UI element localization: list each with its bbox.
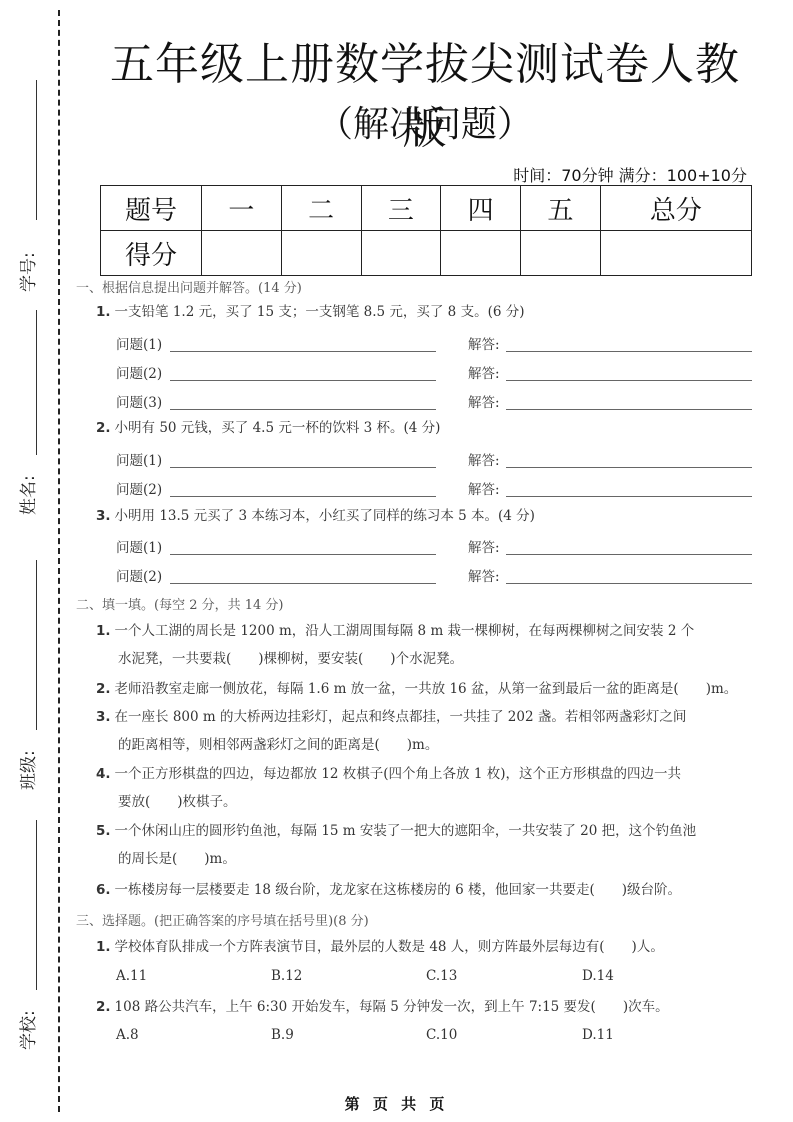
class-blank[interactable] <box>36 560 37 730</box>
option-b[interactable]: B.12 <box>271 968 302 984</box>
answer-row: 问题(2) 解答: <box>116 476 756 500</box>
question-text: 一个休闲山庄的圆形钓鱼池，每隔 15 m 安装了一把大的遮阳伞，一共安装了 20… <box>115 823 697 839</box>
question-number: 2. <box>96 420 111 436</box>
answer-label: 解答: <box>468 565 500 585</box>
question-blank[interactable] <box>170 554 436 555</box>
school-field[interactable]: 学校: <box>14 810 54 1040</box>
binding-dashed-line <box>58 10 60 1112</box>
question-label: 问题(3) <box>116 391 162 411</box>
page-subtitle: （解决问题） <box>100 96 750 147</box>
question-number: 2. <box>96 681 111 697</box>
option-a[interactable]: A.11 <box>116 968 147 984</box>
answer-blank[interactable] <box>506 583 752 584</box>
question-text: 一支铅笔 1.2 元，买了 15 支；一支钢笔 8.5 元，买了 8 支。(6 … <box>115 304 525 320</box>
answer-row: 问题(2) 解答: <box>116 563 756 587</box>
question-text-continued: 要放( )枚棋子。 <box>96 788 756 816</box>
question-number: 1. <box>96 623 111 639</box>
question-text: 在一座长 800 m 的大桥两边挂彩灯，起点和终点都挂，一共挂了 202 盏。若… <box>115 709 687 725</box>
section-note: (每空 2 分，共 14 分) <box>154 598 284 613</box>
question-text: 一栋楼房每一层楼要走 18 级台阶，龙龙家在这栋楼房的 6 楼，他回家一共要走(… <box>115 882 681 898</box>
score-row-label: 得分 <box>101 231 202 276</box>
student-number-blank[interactable] <box>36 80 37 220</box>
student-number-label: 学号: <box>14 252 39 292</box>
score-cell-header: 题号 <box>101 186 202 231</box>
answer-blank[interactable] <box>506 467 752 468</box>
score-entry-cell[interactable] <box>441 231 521 276</box>
question-number: 5. <box>96 823 111 839</box>
question-label: 问题(2) <box>116 565 162 585</box>
score-cell-header: 总分 <box>600 186 751 231</box>
score-table-score-row: 得分 <box>101 231 752 276</box>
score-table: 题号 一 二 三 四 五 总分 得分 <box>100 185 752 276</box>
school-blank[interactable] <box>36 820 37 990</box>
question: 3.小明用 13.5 元买了 3 本练习本，小红买了同样的练习本 5 本。(4 … <box>96 502 756 530</box>
answer-blank[interactable] <box>506 496 752 497</box>
question-number: 3. <box>96 508 111 524</box>
question-text-continued: 的距离相等，则相邻两盏彩灯之间的距离是( )m。 <box>96 731 756 759</box>
section-note: (把正确答案的序号填在括号里)(8 分) <box>154 914 369 929</box>
option-c[interactable]: C.13 <box>426 968 457 984</box>
question: 1.学校体育队排成一个方阵表演节目，最外层的人数是 48 人，则方阵最外层每边有… <box>96 933 756 961</box>
student-number-field[interactable]: 学号: <box>14 80 54 300</box>
name-field[interactable]: 姓名: <box>14 300 54 520</box>
answer-row: 问题(1) 解答: <box>116 331 756 355</box>
question-blank[interactable] <box>170 409 436 410</box>
question: 6.一栋楼房每一层楼要走 18 级台阶，龙龙家在这栋楼房的 6 楼，他回家一共要… <box>96 876 756 904</box>
question-text: 小明用 13.5 元买了 3 本练习本，小红买了同样的练习本 5 本。(4 分) <box>115 508 535 524</box>
answer-blank[interactable] <box>506 380 752 381</box>
question-text: 老师沿教室走廊一侧放花，每隔 1.6 m 放一盆，一共放 16 盆，从第一盆到最… <box>115 681 738 697</box>
answer-blank[interactable] <box>506 351 752 352</box>
exam-meta: 时间：70分钟 满分：100+10分 <box>513 163 747 186</box>
question-number: 1. <box>96 304 111 320</box>
answer-label: 解答: <box>468 478 500 498</box>
score-cell-header: 三 <box>361 186 441 231</box>
question-label: 问题(1) <box>116 333 162 353</box>
name-blank[interactable] <box>36 310 37 455</box>
question-label: 问题(2) <box>116 478 162 498</box>
question-text: 108 路公共汽车，上午 6:30 开始发车，每隔 5 分钟发一次，到上午 7:… <box>115 999 669 1015</box>
question: 3.在一座长 800 m 的大桥两边挂彩灯，起点和终点都挂，一共挂了 202 盏… <box>96 703 756 759</box>
score-entry-cell[interactable] <box>600 231 751 276</box>
question: 1.一个人工湖的周长是 1200 m，沿人工湖周围每隔 8 m 栽一棵柳树，在每… <box>96 617 756 673</box>
question-number: 2. <box>96 999 111 1015</box>
question-blank[interactable] <box>170 467 436 468</box>
score-cell-header: 五 <box>521 186 601 231</box>
class-field[interactable]: 班级: <box>14 550 54 770</box>
option-d[interactable]: D.14 <box>582 968 614 984</box>
answer-label: 解答: <box>468 362 500 382</box>
question-blank[interactable] <box>170 380 436 381</box>
page-footer: 第 页 共 页 <box>0 1093 793 1114</box>
question-text: 学校体育队排成一个方阵表演节目，最外层的人数是 48 人，则方阵最外层每边有( … <box>115 939 664 955</box>
section-title: 一、根据信息提出问题并解答。 <box>76 281 258 296</box>
section-1-heading: 一、根据信息提出问题并解答。(14 分) <box>76 277 302 296</box>
question-number: 3. <box>96 709 111 725</box>
answer-row: 问题(2) 解答: <box>116 360 756 384</box>
section-title: 三、选择题。 <box>76 914 154 929</box>
question-label: 问题(1) <box>116 449 162 469</box>
question-text: 一个正方形棋盘的四边，每边都放 12 枚棋子(四个角上各放 1 枚)，这个正方形… <box>115 766 681 782</box>
question-text: 一个人工湖的周长是 1200 m，沿人工湖周围每隔 8 m 栽一棵柳树，在每两棵… <box>115 623 695 639</box>
answer-row: 问题(1) 解答: <box>116 447 756 471</box>
section-2-heading: 二、填一填。(每空 2 分，共 14 分) <box>76 594 284 613</box>
question-number: 4. <box>96 766 111 782</box>
section-title: 二、填一填。 <box>76 598 154 613</box>
question: 2.108 路公共汽车，上午 6:30 开始发车，每隔 5 分钟发一次，到上午 … <box>96 993 756 1021</box>
question-blank[interactable] <box>170 496 436 497</box>
question: 5.一个休闲山庄的圆形钓鱼池，每隔 15 m 安装了一把大的遮阳伞，一共安装了 … <box>96 817 756 873</box>
answer-label: 解答: <box>468 536 500 556</box>
question: 2.老师沿教室走廊一侧放花，每隔 1.6 m 放一盆，一共放 16 盆，从第一盆… <box>96 675 756 703</box>
score-cell-header: 四 <box>441 186 521 231</box>
option-a[interactable]: A.8 <box>116 1027 139 1043</box>
section-3-heading: 三、选择题。(把正确答案的序号填在括号里)(8 分) <box>76 910 369 929</box>
question: 4.一个正方形棋盘的四边，每边都放 12 枚棋子(四个角上各放 1 枚)，这个正… <box>96 760 756 816</box>
question-text-continued: 水泥凳，一共要栽( )棵柳树，要安装( )个水泥凳。 <box>96 645 756 673</box>
question: 1.一支铅笔 1.2 元，买了 15 支；一支钢笔 8.5 元，买了 8 支。(… <box>96 298 756 326</box>
school-label: 学校: <box>14 1010 39 1050</box>
answer-label: 解答: <box>468 333 500 353</box>
answer-blank[interactable] <box>506 554 752 555</box>
question-text: 小明有 50 元钱，买了 4.5 元一杯的饮料 3 杯。(4 分) <box>115 420 441 436</box>
answer-row: 问题(3) 解答: <box>116 389 756 413</box>
name-label: 姓名: <box>14 475 39 515</box>
score-entry-cell[interactable] <box>361 231 441 276</box>
score-table-header-row: 题号 一 二 三 四 五 总分 <box>101 186 752 231</box>
score-entry-cell[interactable] <box>281 231 361 276</box>
option-c[interactable]: C.10 <box>426 1027 457 1043</box>
score-entry-cell[interactable] <box>521 231 601 276</box>
score-cell-header: 一 <box>202 186 282 231</box>
question-number: 6. <box>96 882 111 898</box>
option-b[interactable]: B.9 <box>271 1027 294 1043</box>
answer-label: 解答: <box>468 449 500 469</box>
answer-row: 问题(1) 解答: <box>116 534 756 558</box>
question-label: 问题(1) <box>116 536 162 556</box>
class-label: 班级: <box>14 750 39 790</box>
question: 2.小明有 50 元钱，买了 4.5 元一杯的饮料 3 杯。(4 分) <box>96 414 756 442</box>
question-number: 1. <box>96 939 111 955</box>
question-text-continued: 的周长是( )m。 <box>96 845 756 873</box>
score-cell-header: 二 <box>281 186 361 231</box>
question-blank[interactable] <box>170 583 436 584</box>
answer-label: 解答: <box>468 391 500 411</box>
section-note: (14 分) <box>258 281 302 296</box>
option-d[interactable]: D.11 <box>582 1027 614 1043</box>
question-blank[interactable] <box>170 351 436 352</box>
question-label: 问题(2) <box>116 362 162 382</box>
answer-blank[interactable] <box>506 409 752 410</box>
score-entry-cell[interactable] <box>202 231 282 276</box>
